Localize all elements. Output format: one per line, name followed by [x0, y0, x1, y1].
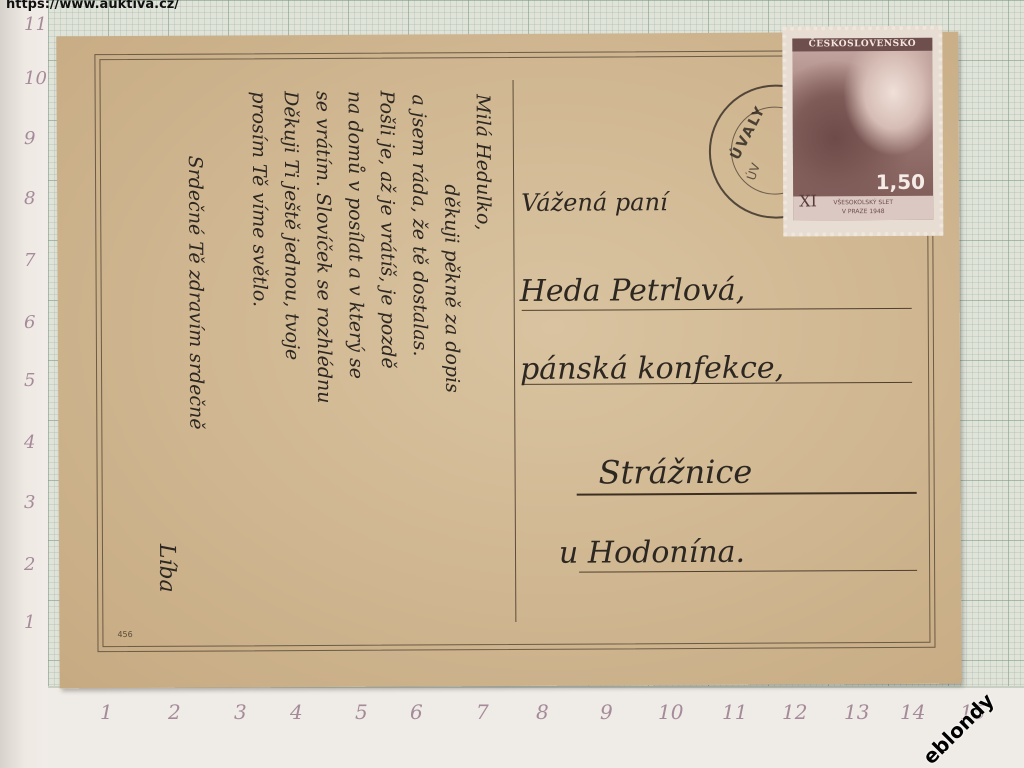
ruler-y-label: 8	[24, 188, 35, 209]
message-line: prosím Tě víme světlo.	[249, 91, 269, 307]
address-region: u Hodonína.	[559, 535, 745, 571]
ruler-x-label: 7	[476, 700, 489, 724]
ruler-x-label: 4	[290, 700, 303, 724]
message-line: Srdečné Tě zdravím srdečně	[185, 156, 205, 430]
ruler-x-label: 13	[844, 700, 869, 724]
ruler-y-label: 4	[24, 432, 35, 453]
stamp-roman-numeral: XI	[799, 196, 817, 205]
ruler-x-label: 3	[234, 700, 247, 724]
ruler-x-label: 5	[355, 700, 368, 724]
message-signature: Líba	[155, 544, 177, 593]
address-business: pánská konfekce,	[520, 351, 784, 387]
ruler-x-label: 14	[900, 700, 925, 724]
stamp-caption: XI VŠESOKOLSKÝ SLET V PRAZE 1948	[793, 196, 933, 221]
ruler-y-label: 10	[24, 68, 47, 89]
ruler-y-label: 11	[24, 14, 47, 35]
ruler-y-label: 6	[24, 312, 35, 333]
message-line: děkuji pěkně za dopis	[441, 184, 461, 393]
message-line: a jsem ráda, že tě dostalas.	[409, 94, 429, 356]
ruler-y-label: 1	[24, 612, 35, 633]
message-line: se vrátím. Slovíček se rozhlédnu	[313, 91, 334, 404]
message-line: Děkuji Ti ještě jednou, tvoje	[281, 91, 301, 360]
ruler-y-label: 5	[24, 370, 35, 391]
horizontal-ruler: 1 2 3 4 5 6 7 8 9 10 11 12 13 14 15	[0, 700, 1024, 740]
ruler-y-label: 7	[24, 250, 35, 271]
ruler-x-label: 2	[168, 700, 181, 724]
address-name: Heda Petrlová,	[520, 273, 746, 309]
ruler-x-label: 10	[658, 700, 683, 724]
ruler-x-label: 9	[600, 700, 613, 724]
postcard: 456 Milá Hedulko, děkuji pěkně za dopis …	[56, 32, 961, 689]
ruler-y-label: 9	[24, 128, 35, 149]
stamp-artwork: ČESKOSLOVENSKO 1,50 XI VŠESOKOLSKÝ SLET …	[792, 38, 933, 221]
stamp-value: 1,50	[876, 170, 925, 194]
ruler-y-label: 2	[24, 554, 35, 575]
stamp-country: ČESKOSLOVENSKO	[792, 38, 932, 52]
ruler-y-label: 3	[24, 492, 35, 513]
ruler-x-label: 11	[722, 700, 747, 724]
ruler-x-label: 8	[536, 700, 549, 724]
message-line: Pošli je, až je vrátíš, je pozdě	[377, 91, 397, 369]
address-city: Strážnice	[598, 453, 752, 492]
message-line: Milá Hedulko,	[473, 94, 493, 230]
address-salutation: Vážená paní	[521, 188, 668, 217]
ruler-x-label: 12	[782, 700, 807, 724]
source-url-watermark: https://www.auktiva.cz/	[6, 0, 179, 12]
postage-stamp: ČESKOSLOVENSKO 1,50 XI VŠESOKOLSKÝ SLET …	[782, 26, 943, 237]
ruler-x-label: 1	[100, 700, 113, 724]
ruler-x-label: 6	[410, 700, 423, 724]
message-line: na domů v posílat a v který se	[345, 91, 366, 379]
print-number: 456	[117, 630, 132, 639]
